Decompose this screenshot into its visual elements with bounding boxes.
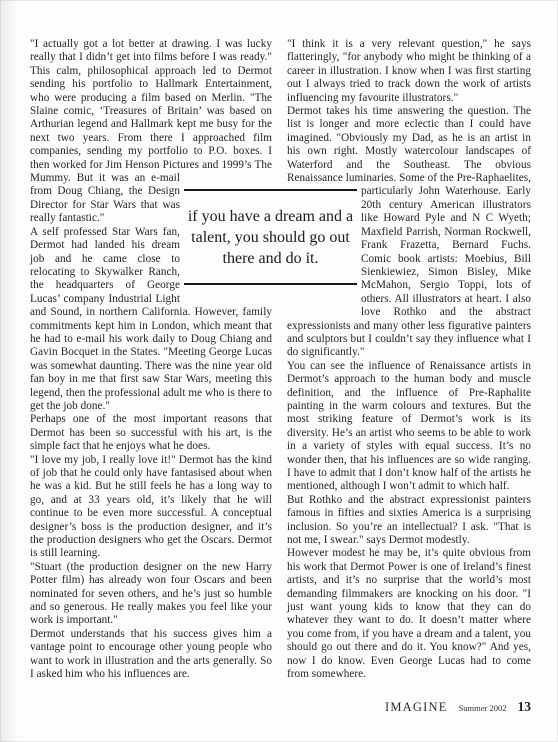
pull-quote-text: if you have a dream and a talent, you sh… [184,206,357,269]
paragraph: But Rothko and the abstract expressionis… [287,494,531,548]
paragraph-text: "I actually got a lot better at drawing.… [30,38,272,184]
page-number: 13 [518,699,532,715]
paragraph: Perhaps one of the most important reason… [30,413,272,453]
magazine-title: IMAGINE [385,700,448,715]
paragraph: However modest he may be, it’s quite obv… [287,547,531,681]
left-column: "I actually got a lot better at drawing.… [30,38,272,682]
paragraph: Dermot understands that his success give… [30,628,272,682]
paragraph: "I think it is a very relevant question,… [287,38,531,105]
page-footer: IMAGINE Summer 2002 13 [287,699,531,715]
issue-date: Summer 2002 [459,703,507,713]
paragraph: "Stuart (the production designer on the … [30,561,272,628]
magazine-page: "I actually got a lot better at drawing.… [0,0,558,742]
paragraph: "I love my job, I really love it!" Dermo… [30,454,272,561]
right-column: "I think it is a very relevant question,… [287,38,531,682]
paragraph: You can see the influence of Renaissance… [287,360,531,494]
pull-quote: if you have a dream and a talent, you sh… [184,189,357,285]
